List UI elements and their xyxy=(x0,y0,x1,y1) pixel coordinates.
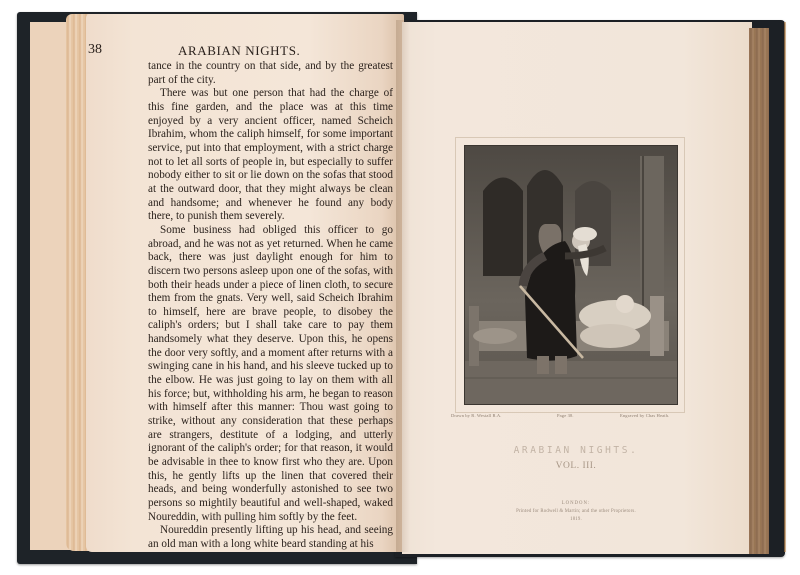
page-stack-right xyxy=(749,28,769,554)
engraving-illustration xyxy=(465,146,677,404)
gutter-shadow xyxy=(396,20,410,552)
engraving-plate xyxy=(464,145,678,405)
imprint-printer: Printed for Rodwell & Martin; and the ot… xyxy=(450,509,702,514)
plate-caption-engraver: Engraved by Chas Heath. xyxy=(620,413,669,418)
plate-title: ARABIAN NIGHTS. xyxy=(450,445,702,456)
paragraph: There was but one person that had the ch… xyxy=(148,87,393,224)
imprint-year: 1819. xyxy=(450,517,702,522)
open-book: 38 ARABIAN NIGHTS. tance in the country … xyxy=(0,0,800,575)
plate-caption-page: Page 38. xyxy=(557,413,574,418)
paragraph: tance in the country on that side, and b… xyxy=(148,60,393,87)
plate-caption-artist: Drawn by R. Westall R.A. xyxy=(451,413,502,418)
running-title: ARABIAN NIGHTS. xyxy=(178,43,300,59)
body-text: tance in the country on that side, and b… xyxy=(148,60,393,552)
paragraph: Noureddin presently lifting up his head,… xyxy=(148,524,393,551)
volume-label: VOL. III. xyxy=(450,461,702,471)
paragraph: Some business had obliged this officer t… xyxy=(148,224,393,524)
cover-edge xyxy=(784,22,786,552)
page-number: 38 xyxy=(88,42,102,58)
imprint-city: LONDON: xyxy=(450,501,702,506)
